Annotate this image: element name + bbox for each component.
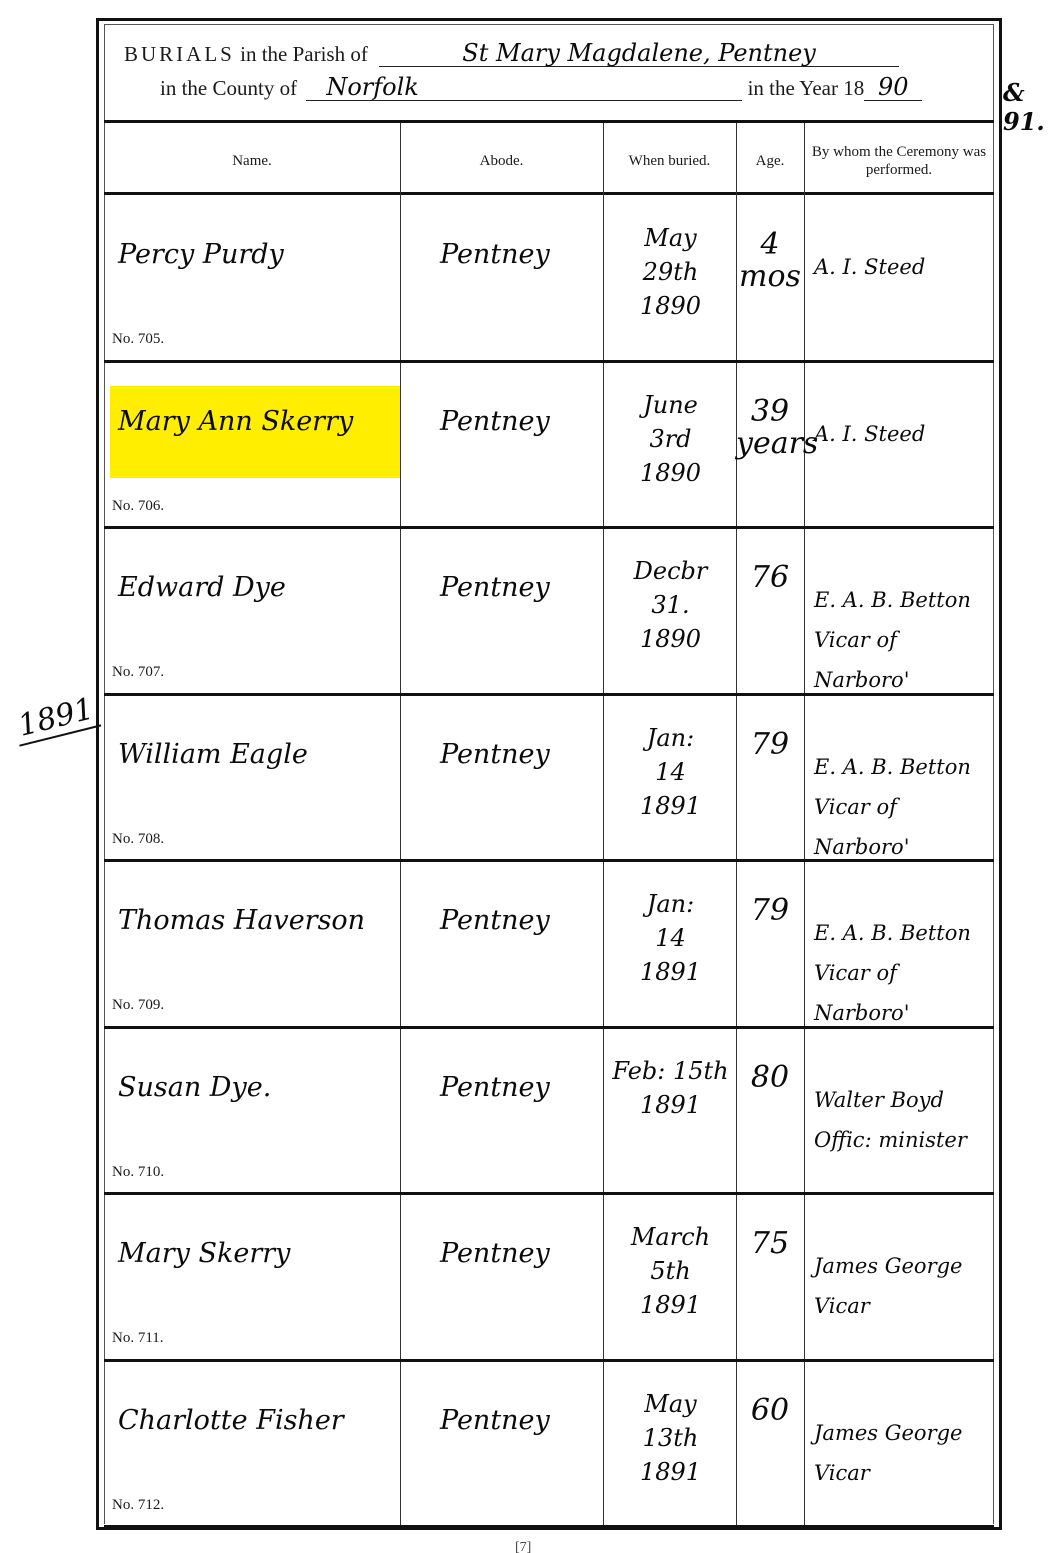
- abode: Pentney: [440, 572, 550, 603]
- age-cell: 76: [736, 528, 804, 695]
- officiant-cell: James George Vicar: [804, 1361, 994, 1528]
- age: 76: [736, 562, 804, 594]
- age: 75: [736, 1228, 804, 1260]
- burial-entry-row: Percy PurdyNo. 705.PentneyMay 29th 18904…: [104, 195, 994, 362]
- age: 79: [736, 729, 804, 761]
- name-cell: Edward DyeNo. 707.: [104, 528, 400, 695]
- officiant: E. A. B. Betton Vicar of Narboro': [814, 913, 994, 1033]
- age-cell: 4 mos: [736, 195, 804, 362]
- age-cell: 79: [736, 695, 804, 862]
- officiant-cell: E. A. B. Betton Vicar of Narboro': [804, 695, 994, 862]
- age-cell: 39 years: [736, 362, 804, 529]
- parish-label: in the Parish of: [240, 42, 368, 66]
- officiant-cell: E. A. B. Betton Vicar of Narboro': [804, 528, 994, 695]
- age: 60: [736, 1395, 804, 1427]
- burial-date: May 13th 1891: [611, 1387, 730, 1489]
- name-cell: Mary SkerryNo. 711.: [104, 1194, 400, 1361]
- age: 4 mos: [736, 229, 804, 293]
- entry-number: No. 706.: [112, 498, 164, 515]
- row-divider: [104, 1525, 994, 1528]
- officiant-cell: Walter Boyd Offic: minister: [804, 1028, 994, 1195]
- year-label: in the Year 18: [748, 76, 865, 100]
- age: 79: [736, 895, 804, 927]
- register-county-line: in the County of Norfolk in the Year 189…: [160, 74, 1040, 108]
- abode: Pentney: [440, 239, 550, 270]
- deceased-name: Thomas Haverson: [118, 905, 365, 936]
- burial-entry-row: Thomas HaversonNo. 709.PentneyJan: 14 18…: [104, 861, 994, 1028]
- name-cell: Thomas HaversonNo. 709.: [104, 861, 400, 1028]
- age-cell: 75: [736, 1194, 804, 1361]
- burial-entry-row: Mary SkerryNo. 711.PentneyMarch 5th 1891…: [104, 1194, 994, 1361]
- burial-entry-row: Charlotte FisherNo. 712.PentneyMay 13th …: [104, 1361, 994, 1528]
- when-buried-cell: Feb: 15th 1891: [603, 1028, 736, 1195]
- name-cell: Mary Ann SkerryNo. 706.: [104, 362, 400, 529]
- entry-number: No. 705.: [112, 331, 164, 348]
- abode-cell: Pentney: [400, 528, 603, 695]
- burial-date: May 29th 1890: [611, 221, 730, 323]
- abode: Pentney: [440, 905, 550, 936]
- when-buried-cell: Jan: 14 1891: [603, 695, 736, 862]
- burial-date: Decbr 31. 1890: [611, 554, 730, 656]
- deceased-name: Charlotte Fisher: [118, 1405, 344, 1436]
- officiant: James George Vicar: [814, 1246, 963, 1326]
- officiant-cell: A. I. Steed: [804, 362, 994, 529]
- name-cell: Percy PurdyNo. 705.: [104, 195, 400, 362]
- age: 80: [736, 1062, 804, 1094]
- officiant: James George Vicar: [814, 1413, 963, 1493]
- abode-cell: Pentney: [400, 861, 603, 1028]
- page-number: [7]: [515, 1540, 531, 1553]
- name-cell: Susan Dye.No. 710.: [104, 1028, 400, 1195]
- entry-number: No. 708.: [112, 831, 164, 848]
- officiant: E. A. B. Betton Vicar of Narboro': [814, 747, 994, 867]
- abode-cell: Pentney: [400, 1028, 603, 1195]
- abode-cell: Pentney: [400, 1361, 603, 1528]
- deceased-name: Edward Dye: [118, 572, 286, 603]
- column-header-abode: Abode.: [400, 130, 603, 192]
- abode: Pentney: [440, 406, 550, 437]
- officiant: A. I. Steed: [814, 247, 925, 287]
- abode: Pentney: [440, 1072, 550, 1103]
- margin-year-note: 1891: [11, 690, 102, 746]
- burial-entry-row: Edward DyeNo. 707.PentneyDecbr 31. 18907…: [104, 528, 994, 695]
- abode: Pentney: [440, 1405, 550, 1436]
- burial-date: June 3rd 1890: [611, 388, 730, 490]
- when-buried-cell: June 3rd 1890: [603, 362, 736, 529]
- burial-entry-row: William EagleNo. 708.PentneyJan: 14 1891…: [104, 695, 994, 862]
- officiant: E. A. B. Betton Vicar of Narboro': [814, 580, 994, 700]
- when-buried-cell: May 29th 1890: [603, 195, 736, 362]
- when-buried-cell: March 5th 1891: [603, 1194, 736, 1361]
- deceased-name: Percy Purdy: [118, 239, 284, 270]
- abode-cell: Pentney: [400, 195, 603, 362]
- entry-number: No. 710.: [112, 1164, 164, 1181]
- register-title: BURIALS: [124, 42, 235, 66]
- entry-number: No. 712.: [112, 1497, 164, 1514]
- officiant-cell: James George Vicar: [804, 1194, 994, 1361]
- column-header-officiant: By whom the Ceremony was performed.: [804, 130, 994, 192]
- deceased-name: Susan Dye.: [118, 1072, 271, 1103]
- name-cell: Charlotte FisherNo. 712.: [104, 1361, 400, 1528]
- age-cell: 79: [736, 861, 804, 1028]
- abode-cell: Pentney: [400, 362, 603, 529]
- year-value: 90: [864, 74, 922, 101]
- burial-date: March 5th 1891: [611, 1220, 730, 1322]
- burial-date: Jan: 14 1891: [611, 721, 730, 823]
- officiant-cell: A. I. Steed: [804, 195, 994, 362]
- year-suffix: & 91.: [1003, 78, 1061, 136]
- when-buried-cell: Jan: 14 1891: [603, 861, 736, 1028]
- register-title-line: BURIALS in the Parish of St Mary Magdale…: [124, 40, 1004, 74]
- burial-entry-row: Susan Dye.No. 710.PentneyFeb: 15th 18918…: [104, 1028, 994, 1195]
- age-cell: 80: [736, 1028, 804, 1195]
- deceased-name: Mary Skerry: [118, 1238, 290, 1269]
- burial-date: Feb: 15th 1891: [611, 1054, 730, 1122]
- officiant: A. I. Steed: [814, 414, 925, 454]
- deceased-name: Mary Ann Skerry: [118, 406, 353, 437]
- officiant-cell: E. A. B. Betton Vicar of Narboro': [804, 861, 994, 1028]
- column-header-name: Name.: [104, 130, 400, 192]
- age: 39 years: [736, 396, 804, 460]
- county-value: Norfolk: [306, 74, 742, 101]
- column-header-when-buried: When buried.: [603, 130, 736, 192]
- name-cell: William EagleNo. 708.: [104, 695, 400, 862]
- burial-entry-row: Mary Ann SkerryNo. 706.PentneyJune 3rd 1…: [104, 362, 994, 529]
- parish-value: St Mary Magdalene, Pentney: [379, 40, 899, 67]
- burial-date: Jan: 14 1891: [611, 887, 730, 989]
- header-divider: [104, 120, 994, 123]
- county-label: in the County of: [160, 76, 297, 100]
- column-header-age: Age.: [736, 130, 804, 192]
- officiant: Walter Boyd Offic: minister: [814, 1080, 967, 1160]
- abode: Pentney: [440, 739, 550, 770]
- when-buried-cell: Decbr 31. 1890: [603, 528, 736, 695]
- when-buried-cell: May 13th 1891: [603, 1361, 736, 1528]
- abode-cell: Pentney: [400, 1194, 603, 1361]
- abode-cell: Pentney: [400, 695, 603, 862]
- age-cell: 60: [736, 1361, 804, 1528]
- entry-number: No. 711.: [112, 1330, 164, 1347]
- abode: Pentney: [440, 1238, 550, 1269]
- entry-number: No. 709.: [112, 997, 164, 1014]
- deceased-name: William Eagle: [118, 739, 308, 770]
- entry-number: No. 707.: [112, 664, 164, 681]
